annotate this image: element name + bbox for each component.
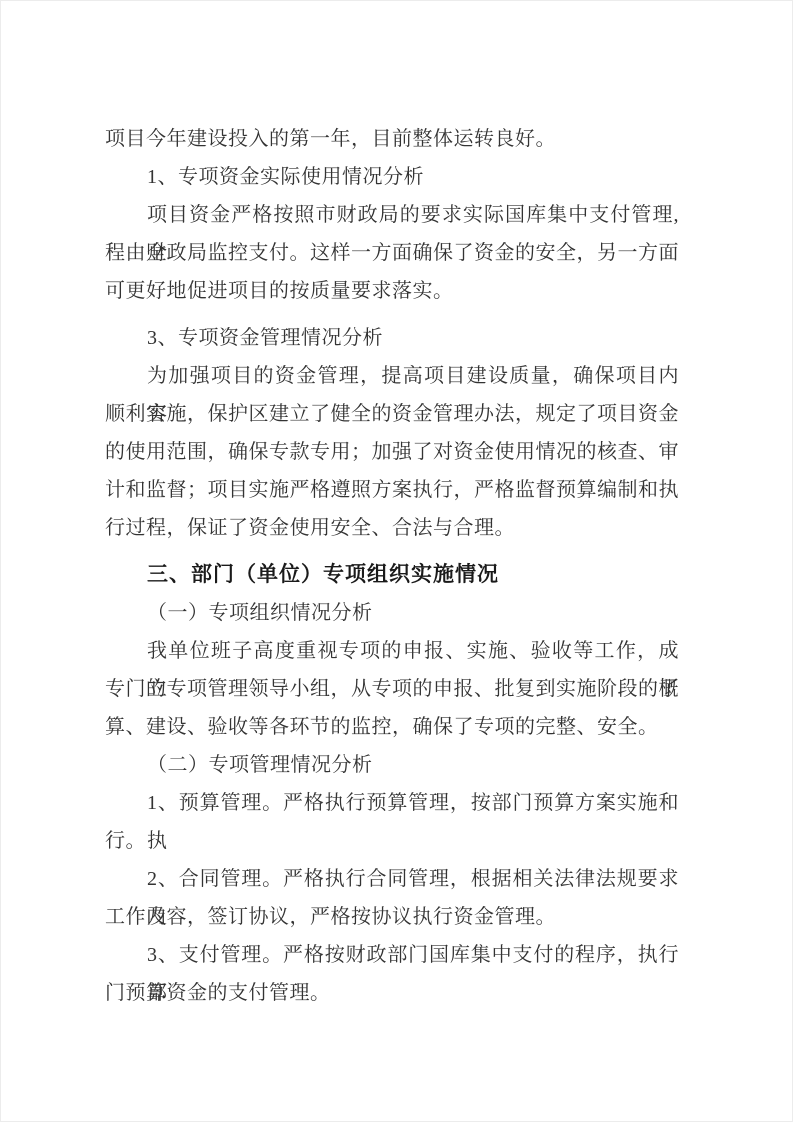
sub-heading-one: （一）专项组织情况分析 xyxy=(105,594,679,632)
body-line: 项目资金严格按照市财政局的要求实际国库集中支付管理, 全 xyxy=(105,196,679,234)
body-line: 2、合同管理。严格执行合同管理，根据相关法律法规要求及 xyxy=(105,860,679,898)
body-line: 工作内容，签订协议，严格按协议执行资金管理。 xyxy=(105,898,679,936)
body-line: 为加强项目的资金管理，提高项目建设质量，确保项目内容 xyxy=(105,357,679,395)
body-line: 计和监督；项目实施严格遵照方案执行，严格监督预算编制和执 xyxy=(105,471,679,509)
body-line: 算、建设、验收等各环节的监控，确保了专项的完整、安全。 xyxy=(105,708,679,746)
body-line: 门预算资金的支付管理。 xyxy=(105,974,679,1012)
body-line: 程由财政局监控支付。这样一方面确保了资金的安全，另一方面 xyxy=(105,234,679,272)
body-line: 的使用范围，确保专款专用；加强了对资金使用情况的核查、审 xyxy=(105,433,679,471)
sub-heading-two: （二）专项管理情况分析 xyxy=(105,746,679,784)
body-line: 3、支付管理。严格按财政部门国库集中支付的程序，执行部 xyxy=(105,936,679,974)
body-line: 行过程，保证了资金使用安全、合法与合理。 xyxy=(105,509,679,547)
section-heading-three: 三、部门（单位）专项组织实施情况 xyxy=(105,556,679,594)
body-line: 行。 xyxy=(105,822,679,860)
list-heading-fund-usage: 1、专项资金实际使用情况分析 xyxy=(105,158,679,196)
document-page: 项目今年建设投入的第一年，目前整体运转良好。 1、专项资金实际使用情况分析 项目… xyxy=(0,0,793,1122)
body-line: 1、预算管理。严格执行预算管理，按部门预算方案实施和执 xyxy=(105,784,679,822)
body-line: 专门的专项管理领导小组，从专项的申报、批复到实施阶段的概 xyxy=(105,670,679,708)
body-line: 我单位班子高度重视专项的申报、实施、验收等工作，成立了 xyxy=(105,632,679,670)
body-line: 顺利实施，保护区建立了健全的资金管理办法，规定了项目资金 xyxy=(105,395,679,433)
list-heading-fund-management: 3、专项资金管理情况分析 xyxy=(105,319,679,357)
paragraph-continuation-line: 项目今年建设投入的第一年，目前整体运转良好。 xyxy=(105,120,679,158)
body-line: 可更好地促进项目的按质量要求落实。 xyxy=(105,272,679,310)
